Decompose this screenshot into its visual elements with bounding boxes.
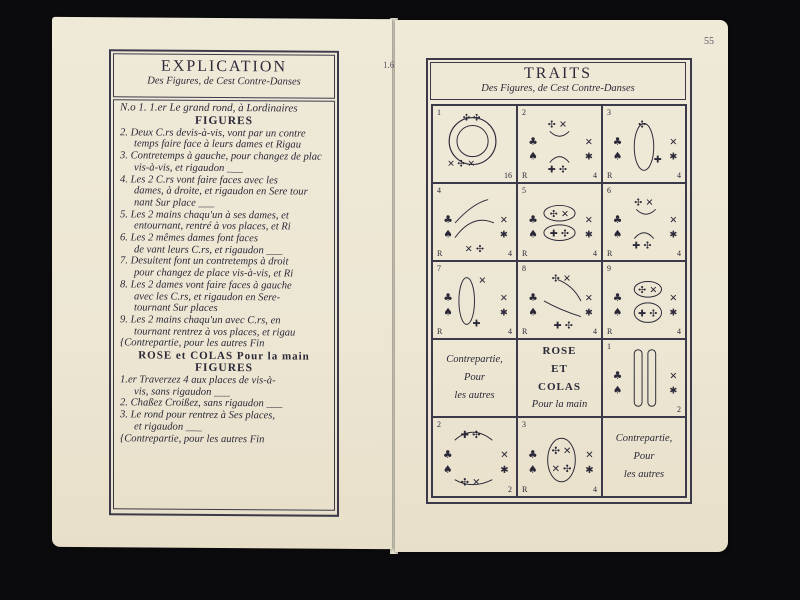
- svg-text:✕: ✕: [585, 137, 593, 148]
- right-title: TRAITS: [431, 65, 685, 83]
- svg-text:♣: ♣: [613, 369, 623, 382]
- svg-text:✣ ✕: ✣ ✕: [548, 119, 567, 130]
- rigaudon-mark: R: [607, 249, 612, 258]
- left-page: EXPLICATION Des Figures, de Cest Contre-…: [52, 17, 392, 549]
- figure-diagram-cell: ♣ ♠ ✕ ✱✕ ✣44R: [432, 183, 517, 261]
- figure-number: 5: [522, 186, 526, 195]
- svg-text:✕: ✕: [500, 293, 508, 304]
- rigaudon-mark: R: [522, 485, 527, 494]
- svg-text:✕: ✕: [500, 215, 508, 226]
- figure-count: 2: [677, 405, 681, 414]
- figure-number: 3: [522, 420, 526, 429]
- svg-text:✱: ✱: [669, 386, 677, 397]
- first-figure-heading: N.o 1. 1.er Le grand rond, à Lordinaires: [114, 100, 334, 115]
- svg-text:✱: ✱: [500, 465, 508, 476]
- svg-text:✱: ✱: [585, 152, 593, 163]
- explanation-line: 8. Les 2 dames vont faire faces à gauche: [120, 279, 330, 292]
- svg-text:♣: ♣: [613, 213, 623, 226]
- svg-text:♠: ♠: [613, 150, 623, 163]
- explanation-line: nant Sur place ___: [120, 197, 330, 210]
- figure-diagram-cell: ♣ ♠ ✕ ✱✚ ✣✣ ✕22: [432, 417, 517, 497]
- caption-line: ROSE: [543, 345, 577, 357]
- figure-count: 4: [593, 249, 597, 258]
- svg-text:✕: ✕: [669, 215, 677, 226]
- dance-figure-diagram-icon: ♣ ♠ ✕ ✱✣ ✕✚ ✣: [518, 184, 601, 260]
- svg-text:✕: ✕: [669, 371, 677, 382]
- svg-text:✣ ✕: ✣ ✕: [552, 273, 571, 284]
- figure-count: 4: [677, 249, 681, 258]
- svg-text:✱: ✱: [500, 230, 508, 241]
- caption-line: Contrepartie,: [616, 433, 672, 445]
- dance-figure-diagram-icon: ♣ ♠ ✕ ✱: [603, 340, 685, 416]
- rigaudon-mark: R: [437, 249, 442, 258]
- section2-heading: ROSE et COLAS Pour la main: [114, 349, 334, 363]
- svg-text:✕ ✣: ✕ ✣: [465, 244, 484, 255]
- figure-diagram-cell: ♣ ♠ ✕ ✱✣ ✕✚ ✣94R: [602, 261, 686, 339]
- svg-text:✣ ✕: ✣ ✕: [550, 209, 569, 220]
- svg-text:✣ ✕: ✣ ✕: [634, 197, 653, 208]
- figure-number: 8: [522, 264, 526, 273]
- figure-diagram-cell: ♣ ♠ ✕ ✱✣ ✕✚ ✣64R: [602, 183, 686, 261]
- left-subtitle: Des Figures, de Cest Contre-Danses: [114, 75, 334, 88]
- svg-text:✕: ✕: [478, 275, 486, 286]
- svg-text:♠: ♠: [528, 150, 538, 163]
- svg-text:♠: ♠: [613, 384, 623, 397]
- svg-text:✱: ✱: [500, 308, 508, 319]
- right-title-box: TRAITS Des Figures, de Cest Contre-Danse…: [430, 62, 686, 100]
- svg-text:✱: ✱: [585, 465, 593, 476]
- figure-number: 4: [437, 186, 441, 195]
- svg-text:✣ ✕: ✣ ✕: [552, 446, 572, 457]
- svg-text:♣: ♣: [443, 291, 453, 304]
- caption-line: Pour: [464, 372, 485, 384]
- dance-figure-diagram-icon: ♣ ♠ ✕ ✱✣ ✕✚ ✣: [518, 262, 601, 338]
- svg-text:♠: ♠: [613, 306, 623, 319]
- svg-text:♠: ♠: [613, 228, 623, 241]
- svg-text:✚ ✣: ✚ ✣: [461, 430, 481, 441]
- svg-text:✕: ✕: [500, 450, 508, 461]
- svg-text:✕: ✕: [669, 137, 677, 148]
- svg-text:✕: ✕: [585, 293, 593, 304]
- svg-text:♠: ♠: [443, 306, 453, 319]
- svg-text:✱: ✱: [669, 230, 677, 241]
- figure-number: 1: [607, 342, 611, 351]
- figure-diagram-cell: ♣ ♠ ✕ ✱✣ ✕✕ ✣34R: [517, 417, 602, 497]
- svg-text:✚ ✣: ✚ ✣: [638, 309, 657, 320]
- dance-figure-diagram-icon: ♣ ♠ ✕ ✱✣ ✕✕ ✣: [518, 418, 601, 496]
- figure-number: 1: [437, 108, 441, 117]
- left-title-box: EXPLICATION Des Figures, de Cest Contre-…: [113, 53, 335, 99]
- figure-count: 4: [508, 249, 512, 258]
- figure-diagram-cell: ✣ ✣✕ ✣ ✕116: [432, 105, 517, 183]
- rigaudon-mark: R: [522, 249, 527, 258]
- svg-text:✕ ✣ ✕: ✕ ✣ ✕: [447, 159, 475, 169]
- dance-figure-diagram-icon: ♣ ♠ ✕ ✱✣ ✕✚ ✣: [603, 262, 685, 338]
- svg-text:✣ ✕: ✣ ✕: [461, 478, 481, 489]
- figure-diagram-cell: ♣ ♠ ✕ ✱✣ ✕✚ ✣24R: [517, 105, 602, 183]
- svg-text:✚: ✚: [654, 155, 662, 166]
- figure-number: 2: [437, 420, 441, 429]
- svg-text:♣: ♣: [613, 135, 623, 148]
- figure-diagram-cell: ♣ ♠ ✕ ✱✣✚34R: [602, 105, 686, 183]
- figure-caption-cell: ROSEETCOLASPour la main: [517, 339, 602, 417]
- svg-text:♣: ♣: [528, 213, 538, 226]
- svg-text:✱: ✱: [669, 152, 677, 163]
- svg-text:✚ ✣: ✚ ✣: [554, 320, 573, 331]
- caption-line: COLAS: [538, 381, 581, 393]
- svg-text:✚ ✣: ✚ ✣: [548, 164, 567, 175]
- figure-count: 4: [593, 485, 597, 494]
- svg-text:✚: ✚: [473, 318, 481, 329]
- svg-text:✕: ✕: [585, 450, 593, 461]
- figure-number: 2: [522, 108, 526, 117]
- svg-text:♠: ♠: [528, 228, 538, 241]
- page-number: 55: [704, 36, 714, 47]
- caption-line: Pour: [634, 451, 655, 463]
- caption-line: les autres: [454, 390, 494, 402]
- figure-count: 4: [593, 171, 597, 180]
- figure-number: 3: [607, 108, 611, 117]
- dance-figure-diagram-icon: ♣ ♠ ✕ ✱✣ ✕✚ ✣: [603, 184, 685, 260]
- svg-text:♣: ♣: [443, 448, 453, 461]
- rigaudon-mark: R: [607, 171, 612, 180]
- svg-text:♣: ♣: [443, 213, 453, 226]
- svg-text:♣: ♣: [528, 448, 538, 461]
- figure-diagram-cell: ♣ ♠ ✕ ✱12: [602, 339, 686, 417]
- svg-text:✣ ✕: ✣ ✕: [638, 285, 657, 296]
- figure-count: 4: [508, 327, 512, 336]
- rigaudon-mark: R: [607, 327, 612, 336]
- figure-caption-cell: Contrepartie,Pourles autres: [432, 339, 517, 417]
- svg-text:♠: ♠: [528, 463, 538, 476]
- left-title: EXPLICATION: [114, 57, 334, 77]
- section1-list: 2. Deux C.rs devis-à-vis, vont par un co…: [114, 126, 334, 351]
- svg-text:♠: ♠: [528, 306, 538, 319]
- svg-text:♣: ♣: [528, 291, 538, 304]
- dance-figure-diagram-icon: ♣ ♠ ✕ ✱✣ ✕✚ ✣: [518, 106, 601, 182]
- explanation-line: et rigaudon ___: [120, 421, 330, 434]
- figure-count: 4: [677, 327, 681, 336]
- rigaudon-mark: R: [437, 327, 442, 336]
- explanation-line: vis-à-vis, et rigaudon ___: [120, 162, 330, 175]
- figure-number: 9: [607, 264, 611, 273]
- left-body-box: N.o 1. 1.er Le grand rond, à Lordinaires…: [113, 99, 335, 511]
- caption-line: Contrepartie,: [446, 354, 502, 366]
- caption-line: les autres: [624, 469, 664, 481]
- svg-text:✕ ✣: ✕ ✣: [552, 464, 572, 475]
- svg-text:♣: ♣: [528, 135, 538, 148]
- rigaudon-mark: R: [522, 327, 527, 336]
- svg-text:✱: ✱: [585, 230, 593, 241]
- caption-line: ET: [551, 363, 568, 375]
- figure-count: 2: [508, 485, 512, 494]
- explanation-line: 9. Les 2 mains chaqu'un avec C.rs, en: [120, 314, 330, 327]
- figure-diagram-cell: ♣ ♠ ✕ ✱✕✚74R: [432, 261, 517, 339]
- rigaudon-mark: R: [522, 171, 527, 180]
- caption-line: Pour la main: [532, 399, 587, 411]
- svg-text:✣ ✣: ✣ ✣: [463, 114, 481, 124]
- svg-text:✕: ✕: [669, 293, 677, 304]
- svg-text:✚ ✣: ✚ ✣: [550, 229, 569, 240]
- dance-figure-diagram-icon: ♣ ♠ ✕ ✱✕ ✣: [433, 184, 516, 260]
- figure-count: 4: [593, 327, 597, 336]
- figure-count: 16: [504, 171, 512, 180]
- svg-text:♣: ♣: [613, 291, 623, 304]
- svg-text:✣: ✣: [638, 119, 646, 130]
- svg-text:♠: ♠: [443, 228, 453, 241]
- dance-figure-diagram-icon: ♣ ♠ ✕ ✱✕✚: [433, 262, 516, 338]
- right-subtitle: Des Figures, de Cest Contre-Danses: [431, 83, 685, 94]
- explanation-line: {Contrepartie, pour les autres Fin: [120, 433, 330, 446]
- figure-count: 4: [677, 171, 681, 180]
- figure-number: 7: [437, 264, 441, 273]
- figure-diagram-grid: ✣ ✣✕ ✣ ✕116♣ ♠ ✕ ✱✣ ✕✚ ✣24R♣ ♠ ✕ ✱✣✚34R♣…: [431, 104, 687, 498]
- svg-text:✕: ✕: [585, 215, 593, 226]
- svg-text:♠: ♠: [443, 463, 453, 476]
- section2-list: 1.er Traverzez 4 aux places de vis-à-vis…: [114, 373, 334, 446]
- figure-caption-cell: Contrepartie,Pourles autres: [602, 417, 686, 497]
- svg-text:✱: ✱: [669, 308, 677, 319]
- svg-text:✱: ✱: [585, 308, 593, 319]
- svg-text:✚ ✣: ✚ ✣: [632, 240, 651, 251]
- figure-number: 6: [607, 186, 611, 195]
- figure-diagram-cell: ♣ ♠ ✕ ✱✣ ✕✚ ✣84R: [517, 261, 602, 339]
- figure-diagram-cell: ♣ ♠ ✕ ✱✣ ✕✚ ✣54R: [517, 183, 602, 261]
- dance-figure-diagram-icon: ♣ ♠ ✕ ✱✚ ✣✣ ✕: [433, 418, 516, 496]
- dance-figure-diagram-icon: ♣ ♠ ✕ ✱✣✚: [603, 106, 685, 182]
